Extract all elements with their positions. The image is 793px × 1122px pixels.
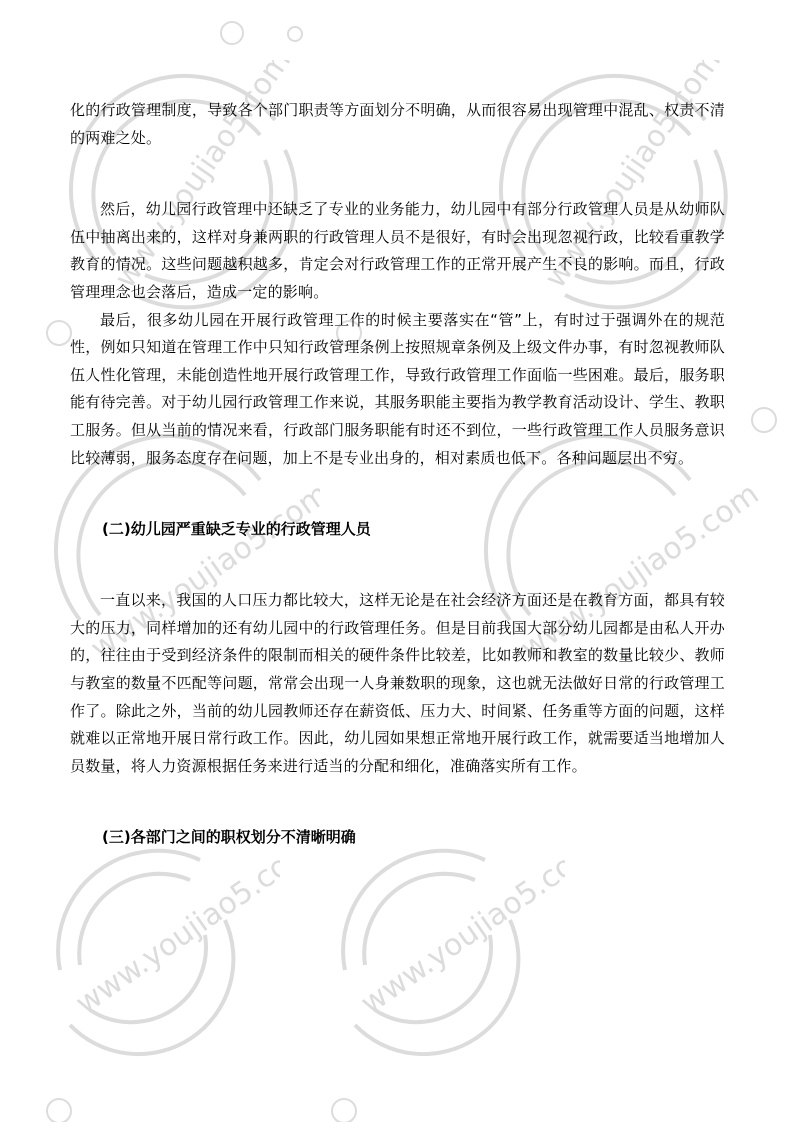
watermark-circle — [45, 1095, 75, 1122]
paragraph-management-focus: 最后，很多幼儿园在开展行政管理工作的时候主要落实在“管”上，有时过于强调外在的规… — [70, 307, 725, 473]
watermark-circle — [750, 405, 780, 437]
section-heading-3: (三)各部门之间的职权划分不清晰明确 — [70, 824, 725, 851]
section-heading-2: (二)幼儿园严重缺乏专业的行政管理人员 — [70, 516, 725, 543]
watermark-circle — [220, 20, 320, 50]
paragraph-staff-shortage: 一直以来，我国的人口压力都比较大，这样无论是在社会经济方面还是在教育方面，都具有… — [70, 587, 725, 780]
paragraph-continued: 化的行政管理制度，导致各个部门职责等方面划分不明确，从而很容易出现管理中混乱、权… — [70, 97, 725, 152]
watermark-stamp-bottom-right: www.youjiao5.com — [325, 840, 565, 1070]
watermark-stamp-bottom-left: www.youjiao5.com — [40, 840, 280, 1070]
paragraph-lack-of-professional-ability: 然后，幼儿园行政管理中还缺乏了专业的业务能力，幼儿园中有部分行政管理人员是从幼师… — [70, 196, 725, 306]
watermark-circle — [330, 1095, 360, 1122]
svg-text:www.youjiao5.com: www.youjiao5.com — [70, 840, 280, 1022]
document-page: www.youjiao5.com www.youjiao5.com www.yo… — [0, 0, 793, 1122]
document-body: 化的行政管理制度，导致各个部门职责等方面划分不明确，从而很容易出现管理中混乱、权… — [70, 97, 725, 851]
svg-text:www.youjiao5.com: www.youjiao5.com — [355, 840, 565, 1022]
